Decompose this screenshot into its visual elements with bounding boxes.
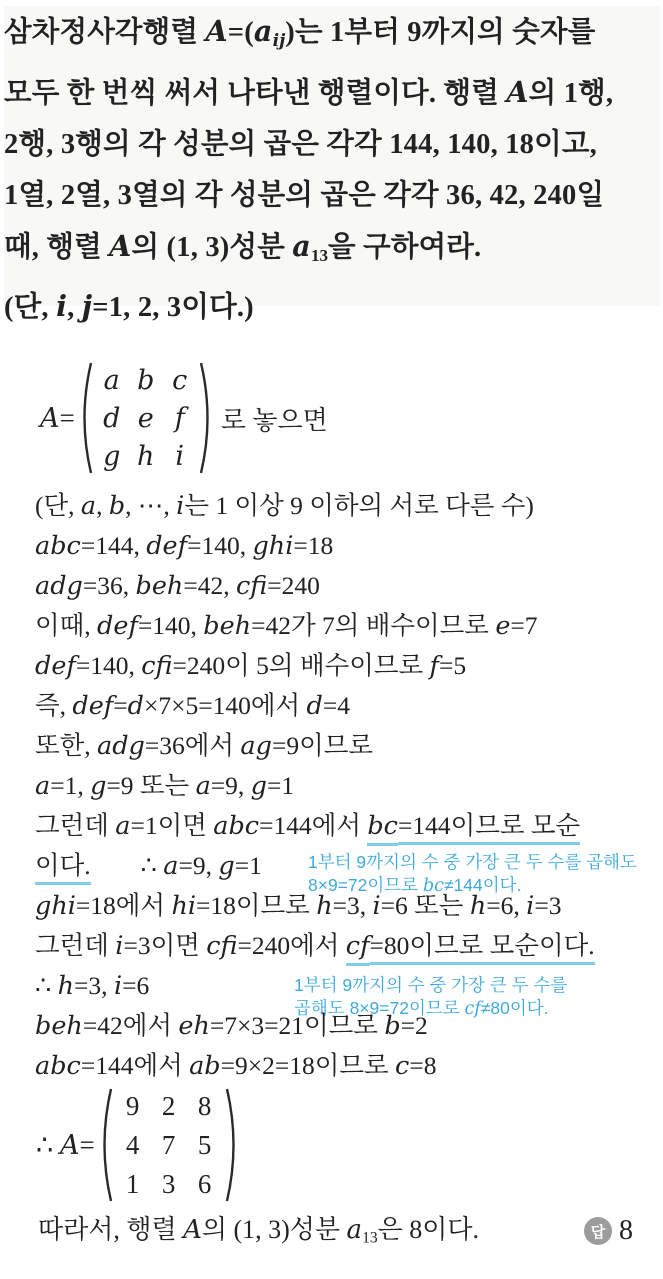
solution-line: 그런데 i=3이면 cfi=240에서 cf=80이므로 모순이다. <box>35 926 661 966</box>
matrix-setup-suffix: 로 놓으면 <box>221 400 328 437</box>
matrix-cell: g <box>95 437 129 475</box>
answer: 답 8 <box>584 1215 633 1247</box>
solution-line: abc=144, def=140, ghi=18 <box>35 526 661 566</box>
matrix-result: ∴ A= 928475136 <box>36 1086 241 1204</box>
problem-line: (단, i, j=1, 2, 3이다.) <box>4 281 661 333</box>
problem-statement: 삼차정사각행렬 A=(aij)는 1부터 9까지의 숫자를모두 한 번씩 써서 … <box>4 6 661 306</box>
matrix-right-paren-icon <box>199 360 215 476</box>
annotation-line: 8×9=72이므로 bc≠144이다. <box>308 874 637 898</box>
solution-line: 즉, def=d×7×5=140에서 d=4 <box>35 686 661 726</box>
matrix-cell: i <box>163 437 197 475</box>
matrix-cell: 5 <box>187 1126 223 1165</box>
matrix-left-paren-icon <box>97 1086 113 1204</box>
matrix-right-paren-icon <box>225 1086 241 1204</box>
matrix-cell: 7 <box>151 1126 187 1165</box>
matrix-cell: h <box>129 437 163 475</box>
answer-value: 8 <box>619 1215 633 1247</box>
matrix-result-label: ∴ A= <box>36 1130 95 1161</box>
solution-line: 또한, adg=36에서 ag=9이므로 <box>35 726 661 766</box>
annotation-cf-not-80: 1부터 9까지의 수 중 가장 큰 두 수를곱해도 8×9=72이므로 cf≠8… <box>294 974 567 1020</box>
problem-line: 2행, 3행의 각 성분의 곱은 각각 144, 140, 18이고, <box>4 119 661 170</box>
matrix-cell: c <box>163 361 197 399</box>
problem-line: 때, 행렬 A의 (1, 3)성분 a13을 구하여라. <box>4 221 661 281</box>
matrix-setup-label: A= <box>40 403 75 434</box>
matrix-cell: b <box>129 361 163 399</box>
annotation-line: 곱해도 8×9=72이므로 cf≠80이다. <box>294 997 567 1021</box>
matrix-cell: d <box>95 399 129 437</box>
conclusion-line: 따라서, 행렬 A의 (1, 3)성분 a13은 8이다. <box>38 1210 479 1258</box>
matrix-setup: A= abcdefghi 로 놓으면 <box>40 360 328 476</box>
scanned-math-solution-page: 삼차정사각행렬 A=(aij)는 1부터 9까지의 숫자를모두 한 번씩 써서 … <box>0 0 663 1279</box>
matrix-cell: 9 <box>115 1087 151 1126</box>
matrix-cell: f <box>163 399 197 437</box>
matrix-left-paren-icon <box>77 360 93 476</box>
matrix-result-entries: 928475136 <box>115 1087 223 1204</box>
solution-line: abc=144에서 ab=9×2=18이므로 c=8 <box>35 1046 661 1086</box>
answer-badge: 답 <box>584 1217 612 1245</box>
annotation-bc-not-144: 1부터 9까지의 수 중 가장 큰 두 수를 곱해도8×9=72이므로 bc≠1… <box>308 851 637 897</box>
solution-line: a=1, g=9 또는 a=9, g=1 <box>35 766 661 806</box>
solution-line: (단, a, b, ⋯, i는 1 이상 9 이하의 서로 다른 수) <box>35 486 661 526</box>
matrix-cell: 4 <box>115 1126 151 1165</box>
matrix-cell: 8 <box>187 1087 223 1126</box>
matrix-cell: 3 <box>151 1165 187 1204</box>
solution-line: 이때, def=140, beh=42가 7의 배수이므로 e=7 <box>35 606 661 646</box>
problem-line: 1열, 2열, 3열의 각 성분의 곱은 각각 36, 42, 240일 <box>4 170 661 221</box>
solution-line: 그런데 a=1이면 abc=144에서 bc=144이므로 모순 <box>35 806 661 846</box>
annotation-line: 1부터 9까지의 수 중 가장 큰 두 수를 <box>294 974 567 997</box>
matrix-cell: e <box>129 399 163 437</box>
matrix-cell: 1 <box>115 1165 151 1204</box>
matrix-setup-entries: abcdefghi <box>95 361 197 475</box>
problem-line: 모두 한 번씩 써서 나타낸 행렬이다. 행렬 A의 1행, <box>4 67 661 119</box>
matrix-cell: a <box>95 361 129 399</box>
matrix-cell: 6 <box>187 1165 223 1204</box>
problem-line: 삼차정사각행렬 A=(aij)는 1부터 9까지의 숫자를 <box>4 6 661 67</box>
matrix-cell: 2 <box>151 1087 187 1126</box>
solution-line: adg=36, beh=42, cfi=240 <box>35 566 661 606</box>
annotation-line: 1부터 9까지의 수 중 가장 큰 두 수를 곱해도 <box>308 851 637 874</box>
solution-line: def=140, cfi=240이 5의 배수이므로 f=5 <box>35 646 661 686</box>
